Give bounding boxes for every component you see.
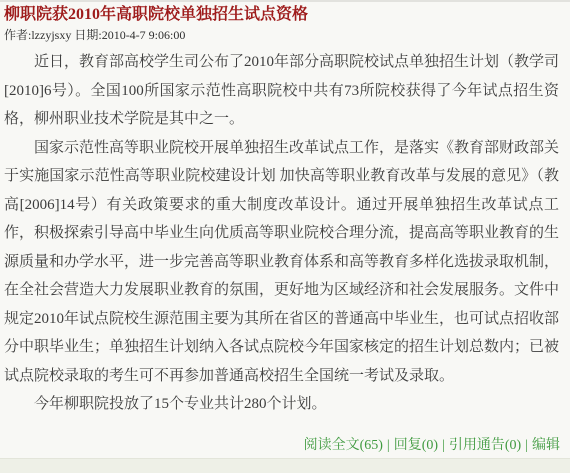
author-label: 作者:: [4, 28, 31, 42]
post-paragraph: 近日，教育部高校学生司公布了2010年部分高职院校试点单独招生计划（教学司[20…: [4, 48, 559, 134]
post-paragraph: 国家示范性高等职业院校开展单独招生改革试点工作，是落实《教育部财政部关于实施国家…: [4, 134, 559, 391]
post-paragraph: 今年柳职院投放了15个专业共计280个计划。: [4, 390, 559, 419]
edit-link[interactable]: 编辑: [532, 438, 560, 453]
post-meta: 作者:lzzyjsxy 日期:2010-4-7 9:06:00: [4, 27, 562, 43]
footer-separator: |: [442, 438, 445, 453]
bottom-divider-strip: [0, 458, 570, 473]
blog-post-page: 柳职院获2010年高职院校单独招生试点资格 作者:lzzyjsxy 日期:201…: [0, 0, 570, 473]
footer-separator: |: [525, 438, 528, 453]
reply-link[interactable]: 回复(0): [394, 438, 438, 453]
trackback-link[interactable]: 引用通告(0): [449, 438, 521, 453]
post-body: 近日，教育部高校学生司公布了2010年部分高职院校试点单独招生计划（教学司[20…: [4, 48, 559, 419]
post-footer: 阅读全文(65)|回复(0)|引用通告(0)|编辑: [304, 435, 560, 457]
post-date: 2010-4-7 9:06:00: [102, 28, 186, 42]
footer-separator: |: [387, 438, 390, 453]
read-full-text-link[interactable]: 阅读全文(65): [304, 438, 383, 453]
date-label: 日期:: [74, 28, 101, 42]
author-name: lzzyjsxy: [31, 28, 71, 42]
post-title[interactable]: 柳职院获2010年高职院校单独招生试点资格: [4, 5, 562, 25]
